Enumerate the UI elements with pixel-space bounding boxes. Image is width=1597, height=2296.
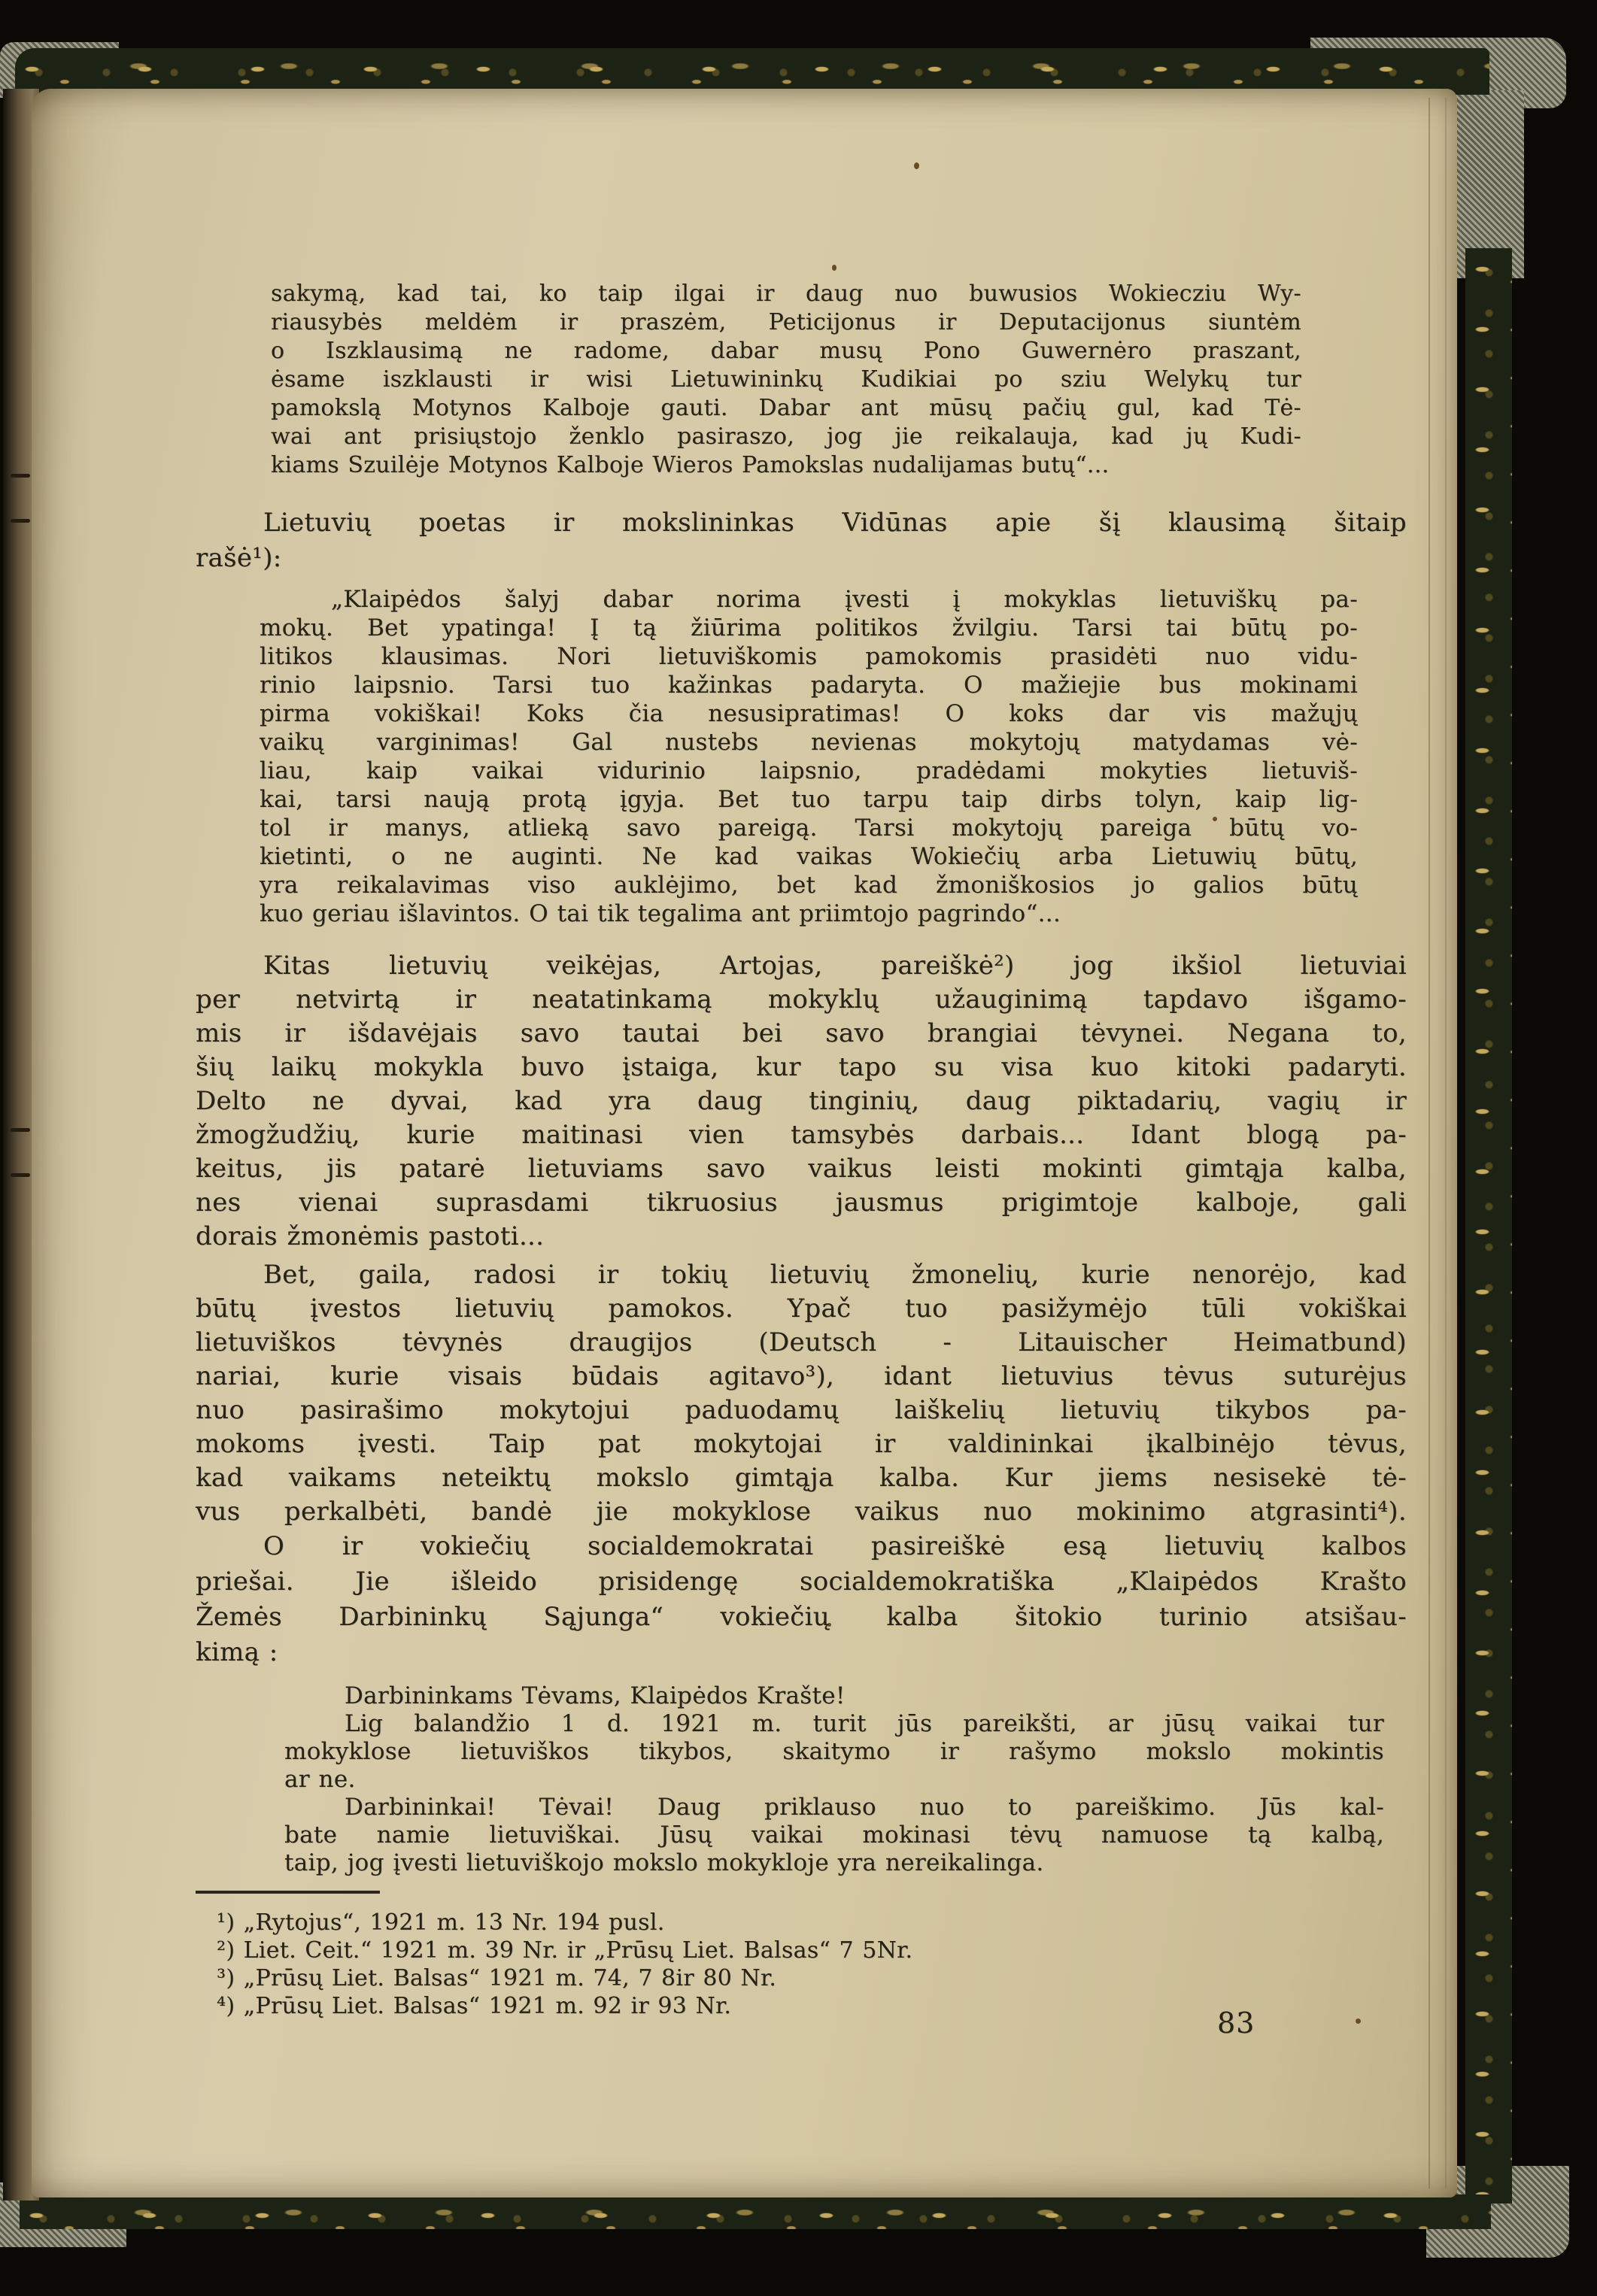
text-line: kietinti, o ne auginti. Ne kad vaikas Wo… xyxy=(260,842,1358,871)
page-edge-line xyxy=(1445,98,1447,2188)
binding-stitch xyxy=(11,474,30,478)
text-line: keitus, jis patarė lietuviams savo vaiku… xyxy=(196,1152,1407,1186)
text-line: Lig balandžio 1 d. 1921 m. turit jūs par… xyxy=(284,1710,1384,1738)
text-line: Kitas lietuvių veikėjas, Artojas, pareiš… xyxy=(196,949,1407,983)
paragraph-socialdemokratai: O ir vokiečių socialdemokratai pasireišk… xyxy=(196,1529,1407,1670)
text-line: „Klaipėdos šalyj dabar norima įvesti į m… xyxy=(260,585,1358,614)
cover-marble-right xyxy=(1465,248,1512,2203)
paragraph-betgaila: Bet, gaila, radosi ir tokių lietuvių žmo… xyxy=(196,1258,1407,1529)
text-line: ar ne. xyxy=(284,1766,1384,1794)
text-line: lietuviškos tėvynės draugijos (Deutsch -… xyxy=(196,1326,1407,1360)
text-line: mokų. Bet ypatinga! Į tą žiūrima politik… xyxy=(260,614,1358,642)
paragraph-vidunas: Lietuvių poetas ir mokslininkas Vidūnas … xyxy=(196,505,1407,576)
text-line: mokyklose lietuviškos tikybos, skaitymo … xyxy=(284,1738,1384,1766)
binding-stitch xyxy=(11,1128,30,1132)
text-line: ³) „Prūsų Liet. Balsas“ 1921 m. 74, 7 8i… xyxy=(217,1964,1345,1992)
text-line: ėsame iszklausti ir wisi Lietuwininkų Ku… xyxy=(271,365,1301,394)
text-line: dorais žmonėmis pastoti... xyxy=(196,1220,1407,1254)
text-line: ¹) „Rytojus“, 1921 m. 13 Nr. 194 pusl. xyxy=(217,1909,1345,1937)
paper-speck xyxy=(832,265,836,271)
text-column: sakymą, kad tai, ko taip ilgai ir daug n… xyxy=(196,280,1407,2020)
text-line: o Iszklausimą ne radome, dabar musų Pono… xyxy=(271,337,1301,365)
text-line: nariai, kurie visais būdais agitavo³), i… xyxy=(196,1360,1407,1394)
page-number: 83 xyxy=(1217,2006,1255,2040)
text-line: šių laikų mokykla buvo įstaiga, kur tapo… xyxy=(196,1051,1407,1084)
page-edge-line xyxy=(1428,98,1430,2188)
quote-petition: sakymą, kad tai, ko taip ilgai ir daug n… xyxy=(271,280,1301,480)
text-line: tol ir manys, atlieką savo pareigą. Tars… xyxy=(260,814,1358,842)
text-line: mis ir išdavėjais savo tautai bei savo b… xyxy=(196,1017,1407,1051)
text-line: rinio laipsnio. Tarsi tuo kažinkas padar… xyxy=(260,671,1358,699)
text-line: bate namie lietuviškai. Jūsų vaikai moki… xyxy=(284,1821,1384,1849)
text-line: pamokslą Motynos Kalboje gauti. Dabar an… xyxy=(271,394,1301,423)
text-line: vus perkalbėti, bandė jie mokyklose vaik… xyxy=(196,1495,1407,1529)
paper-speck xyxy=(914,162,919,169)
text-line: Darbininkai! Tėvai! Daug priklauso nuo t… xyxy=(284,1794,1384,1821)
text-line: nuo pasirašimo mokytojui paduodamų laišk… xyxy=(196,1394,1407,1427)
appeal-block: Darbininkams Tėvams, Klaipėdos Krašte!Li… xyxy=(284,1682,1384,1877)
quote-vidunas: „Klaipėdos šalyj dabar norima įvesti į m… xyxy=(260,585,1358,928)
text-line: pirma vokiškai! Koks čia nesusipratimas!… xyxy=(260,699,1358,728)
cover-marble-bottom xyxy=(20,2194,1491,2229)
text-line: kad vaikams neteiktų mokslo gimtąja kalb… xyxy=(196,1461,1407,1495)
text-line: yra reikalavimas viso auklėjimo, bet kad… xyxy=(260,871,1358,899)
text-line: Lietuvių poetas ir mokslininkas Vidūnas … xyxy=(196,505,1407,541)
binding-stitch xyxy=(11,519,30,523)
footnotes: ¹) „Rytojus“, 1921 m. 13 Nr. 194 pusl.²)… xyxy=(217,1909,1345,2020)
scanned-book-photo: sakymą, kad tai, ko taip ilgai ir daug n… xyxy=(0,0,1597,2296)
cover-marble-top xyxy=(15,48,1489,95)
text-line: sakymą, kad tai, ko taip ilgai ir daug n… xyxy=(271,280,1301,308)
text-line: per netvirtą ir neatatinkamą mokyklų uža… xyxy=(196,983,1407,1017)
paragraph-artojas: Kitas lietuvių veikėjas, Artojas, pareiš… xyxy=(196,949,1407,1254)
text-line: ⁴) „Prūsų Liet. Balsas“ 1921 m. 92 ir 93… xyxy=(217,1992,1345,2020)
text-line: kuo geriau išlavintos. O tai tik tegalim… xyxy=(260,899,1358,928)
footnote-rule xyxy=(196,1891,380,1894)
text-line: Bet, gaila, radosi ir tokių lietuvių žmo… xyxy=(196,1258,1407,1292)
text-line: O ir vokiečių socialdemokratai pasireišk… xyxy=(196,1529,1407,1564)
text-line: mokoms įvesti. Taip pat mokytojai ir val… xyxy=(196,1427,1407,1461)
text-line: kimą : xyxy=(196,1635,1407,1670)
binding-stitch xyxy=(11,1173,30,1177)
text-line: riausybės meldėm ir praszėm, Peticijonus… xyxy=(271,308,1301,337)
text-line: taip, jog įvesti lietuviškojo mokslo mok… xyxy=(284,1849,1384,1877)
text-line: rašė¹): xyxy=(196,541,1407,576)
text-line: ²) Liet. Ceit.“ 1921 m. 39 Nr. ir „Prūsų… xyxy=(217,1937,1345,1964)
text-line: kai, tarsi naują protą įgyja. Bet tuo ta… xyxy=(260,785,1358,814)
text-line: priešai. Jie išleido prisidengę socialde… xyxy=(196,1564,1407,1600)
text-line: būtų įvestos lietuvių pamokos. Ypač tuo … xyxy=(196,1292,1407,1326)
text-line: litikos klausimas. Nori lietuviškomis pa… xyxy=(260,642,1358,671)
text-line: Žemės Darbininkų Sąjunga“ vokiečių kalba… xyxy=(196,1600,1407,1635)
text-line: wai ant prisiųstojo ženklo pasiraszo, jo… xyxy=(271,423,1301,451)
text-line: žmogžudžių, kurie maitinasi vien tamsybė… xyxy=(196,1118,1407,1152)
text-line: Darbininkams Tėvams, Klaipėdos Krašte! xyxy=(284,1682,1384,1710)
text-line: kiams Szuilėje Motynos Kalboje Wieros Pa… xyxy=(271,451,1301,480)
text-line: vaikų varginimas! Gal nustebs nevienas m… xyxy=(260,728,1358,757)
text-line: Delto ne dyvai, kad yra daug tinginių, d… xyxy=(196,1084,1407,1118)
text-line: nes vienai suprasdami tikruosius jausmus… xyxy=(196,1186,1407,1220)
text-line: liau, kaip vaikai vidurinio laipsnio, pr… xyxy=(260,757,1358,785)
